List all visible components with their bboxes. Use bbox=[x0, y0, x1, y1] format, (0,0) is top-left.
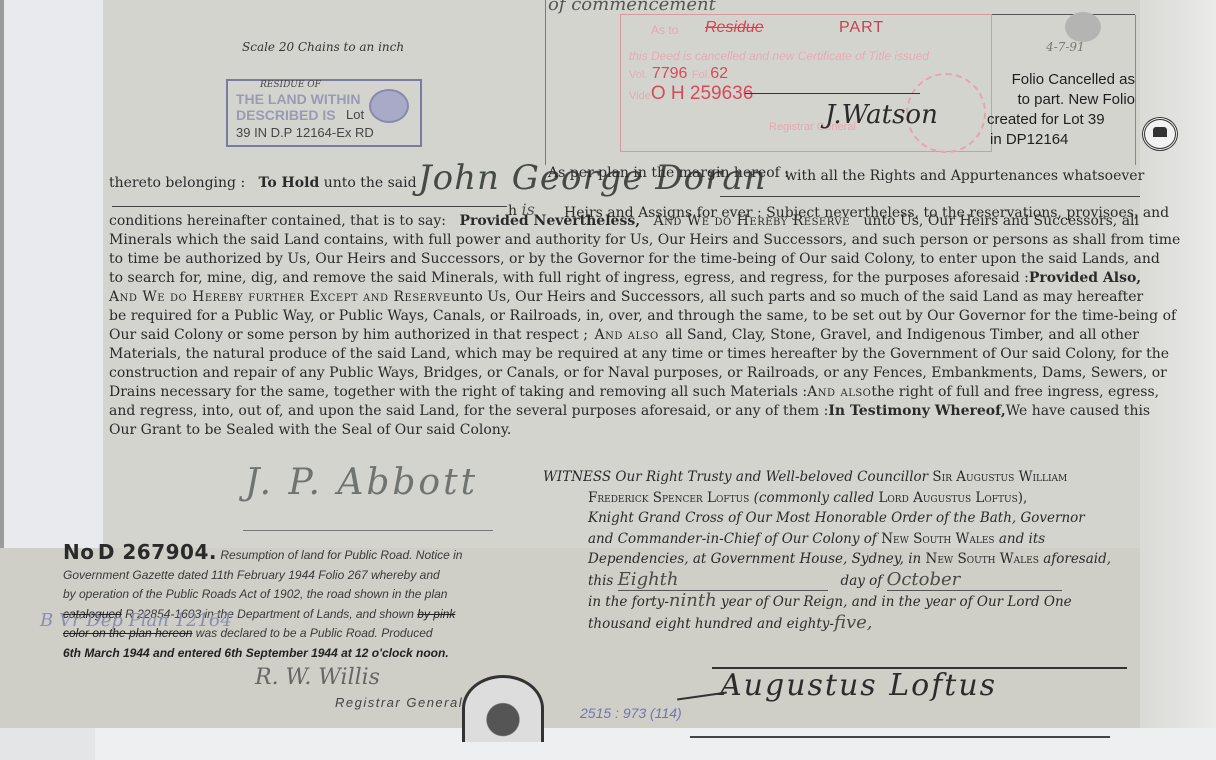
abbott-signature: J. P. Abbott bbox=[245, 462, 478, 503]
residue-stamp-line3: DESCRIBED IS bbox=[236, 107, 336, 123]
residue-stamp: RESIDUE OF THE LAND WITHIN DESCRIBED IS … bbox=[226, 79, 422, 147]
registrar-general-seal-icon bbox=[462, 675, 544, 742]
reference-number: 2515 : 973 (114) bbox=[580, 705, 682, 721]
document-scan: Scale 20 Chains to an inch of commenceme… bbox=[0, 0, 1216, 760]
resumption-memorial: No D 267904. Resumption of land for Publ… bbox=[63, 543, 548, 663]
registrar-general-label: Registrar General bbox=[335, 695, 463, 710]
cancellation-text: this Deed is cancelled and new Certifica… bbox=[629, 49, 929, 63]
name-underline-left bbox=[112, 206, 507, 207]
residue-stamp-line2: THE LAND WITHIN bbox=[236, 91, 360, 107]
nsw-registry-logo-icon bbox=[1142, 117, 1178, 151]
grant-line: construction and repair of any Public Wa… bbox=[109, 365, 1139, 383]
registrar-signature: J.Watson bbox=[825, 100, 938, 130]
commencement-handwriting: of commencement bbox=[548, 0, 716, 15]
governor-signature: Augustus Loftus bbox=[720, 668, 997, 703]
residue-stamp-line4: 39 IN D.P 12164-Ex RD bbox=[236, 125, 374, 140]
right-column-divider bbox=[1135, 15, 1136, 165]
seal-icon bbox=[369, 89, 409, 123]
as-to-label: As to bbox=[651, 23, 678, 37]
scale-note: Scale 20 Chains to an inch bbox=[242, 40, 404, 54]
name-underline-right bbox=[720, 196, 1140, 197]
grant-line: Minerals which the said Land contains, w… bbox=[109, 232, 1139, 250]
abbott-signature-line bbox=[243, 530, 493, 531]
volume-folio: Vol. 7796 Fol.62 bbox=[629, 65, 728, 83]
rights-appurtenances: with all the Rights and Appurtenances wh… bbox=[785, 168, 1144, 184]
grant-line: to time be authorized by Us, Our Heirs a… bbox=[109, 251, 1139, 269]
bottom-backing-strip bbox=[95, 728, 1216, 760]
grant-line: conditions hereinafter contained, that i… bbox=[109, 213, 1139, 231]
vide-number: VideO H 259636 bbox=[629, 83, 753, 105]
to-hold-clause: thereto belonging : To Hold unto the sai… bbox=[109, 175, 417, 191]
grant-line: Our said Colony or some person by him au… bbox=[109, 327, 1139, 345]
grant-line: and regress, into, out of, and upon the … bbox=[109, 403, 1139, 421]
grant-line: Materials, the natural produce of the sa… bbox=[109, 346, 1139, 364]
memo-number: No bbox=[63, 540, 94, 564]
grant-line: be required for a Public Way, or Public … bbox=[109, 308, 1139, 326]
registrar-signature-line bbox=[745, 93, 920, 94]
margin-column-divider bbox=[545, 0, 546, 165]
governor-signature-line-bottom bbox=[690, 736, 1110, 738]
registrar-general-signature: R. W. Willis bbox=[255, 665, 380, 690]
annotation-line: Folio Cancelled as bbox=[985, 70, 1135, 90]
annotation-line: in DP12164 bbox=[990, 130, 1135, 150]
grant-line: Our Grant to be Sealed with the Seal of … bbox=[109, 422, 1139, 440]
left-margin-strip bbox=[0, 0, 107, 548]
annotation-line: to part. New Folio bbox=[985, 90, 1135, 110]
dated-initials: 4-7-91 bbox=[1046, 40, 1085, 54]
month-handwritten: October bbox=[887, 570, 1062, 592]
struck-residue-word: Residue bbox=[705, 19, 764, 37]
to-hold-blackletter: To Hold bbox=[259, 175, 320, 191]
day-handwritten: Eighth bbox=[618, 570, 828, 592]
as-per-plan: As per plan in the margin hereof : bbox=[548, 165, 789, 181]
annotation-line: created for Lot 39 bbox=[987, 110, 1135, 130]
grant-line: Drains necessary for the same, together … bbox=[109, 384, 1139, 402]
witness-clause: WITNESS Our Right Trusty and Well-belove… bbox=[543, 467, 1133, 634]
grant-line: And We do Hereby further Except and Rese… bbox=[109, 289, 1139, 307]
part-word: PART bbox=[839, 19, 884, 37]
cancellation-stamp: As to Residue PART this Deed is cancelle… bbox=[620, 14, 992, 152]
embossed-seal-icon bbox=[1065, 12, 1101, 42]
grant-line: to search for, mine, dig, and remove the… bbox=[109, 270, 1139, 288]
regnal-year-handwritten: ninth bbox=[669, 590, 717, 611]
year-handwritten: five, bbox=[834, 612, 873, 633]
pencil-plan-note: B Vr Dep Plan 12164 bbox=[40, 610, 232, 631]
residue-of-handwriting: RESIDUE OF bbox=[260, 80, 321, 90]
folio-annotation: Folio Cancelled as to part. New Folio cr… bbox=[985, 70, 1135, 150]
residue-stamp-lot: Lot bbox=[346, 107, 364, 122]
